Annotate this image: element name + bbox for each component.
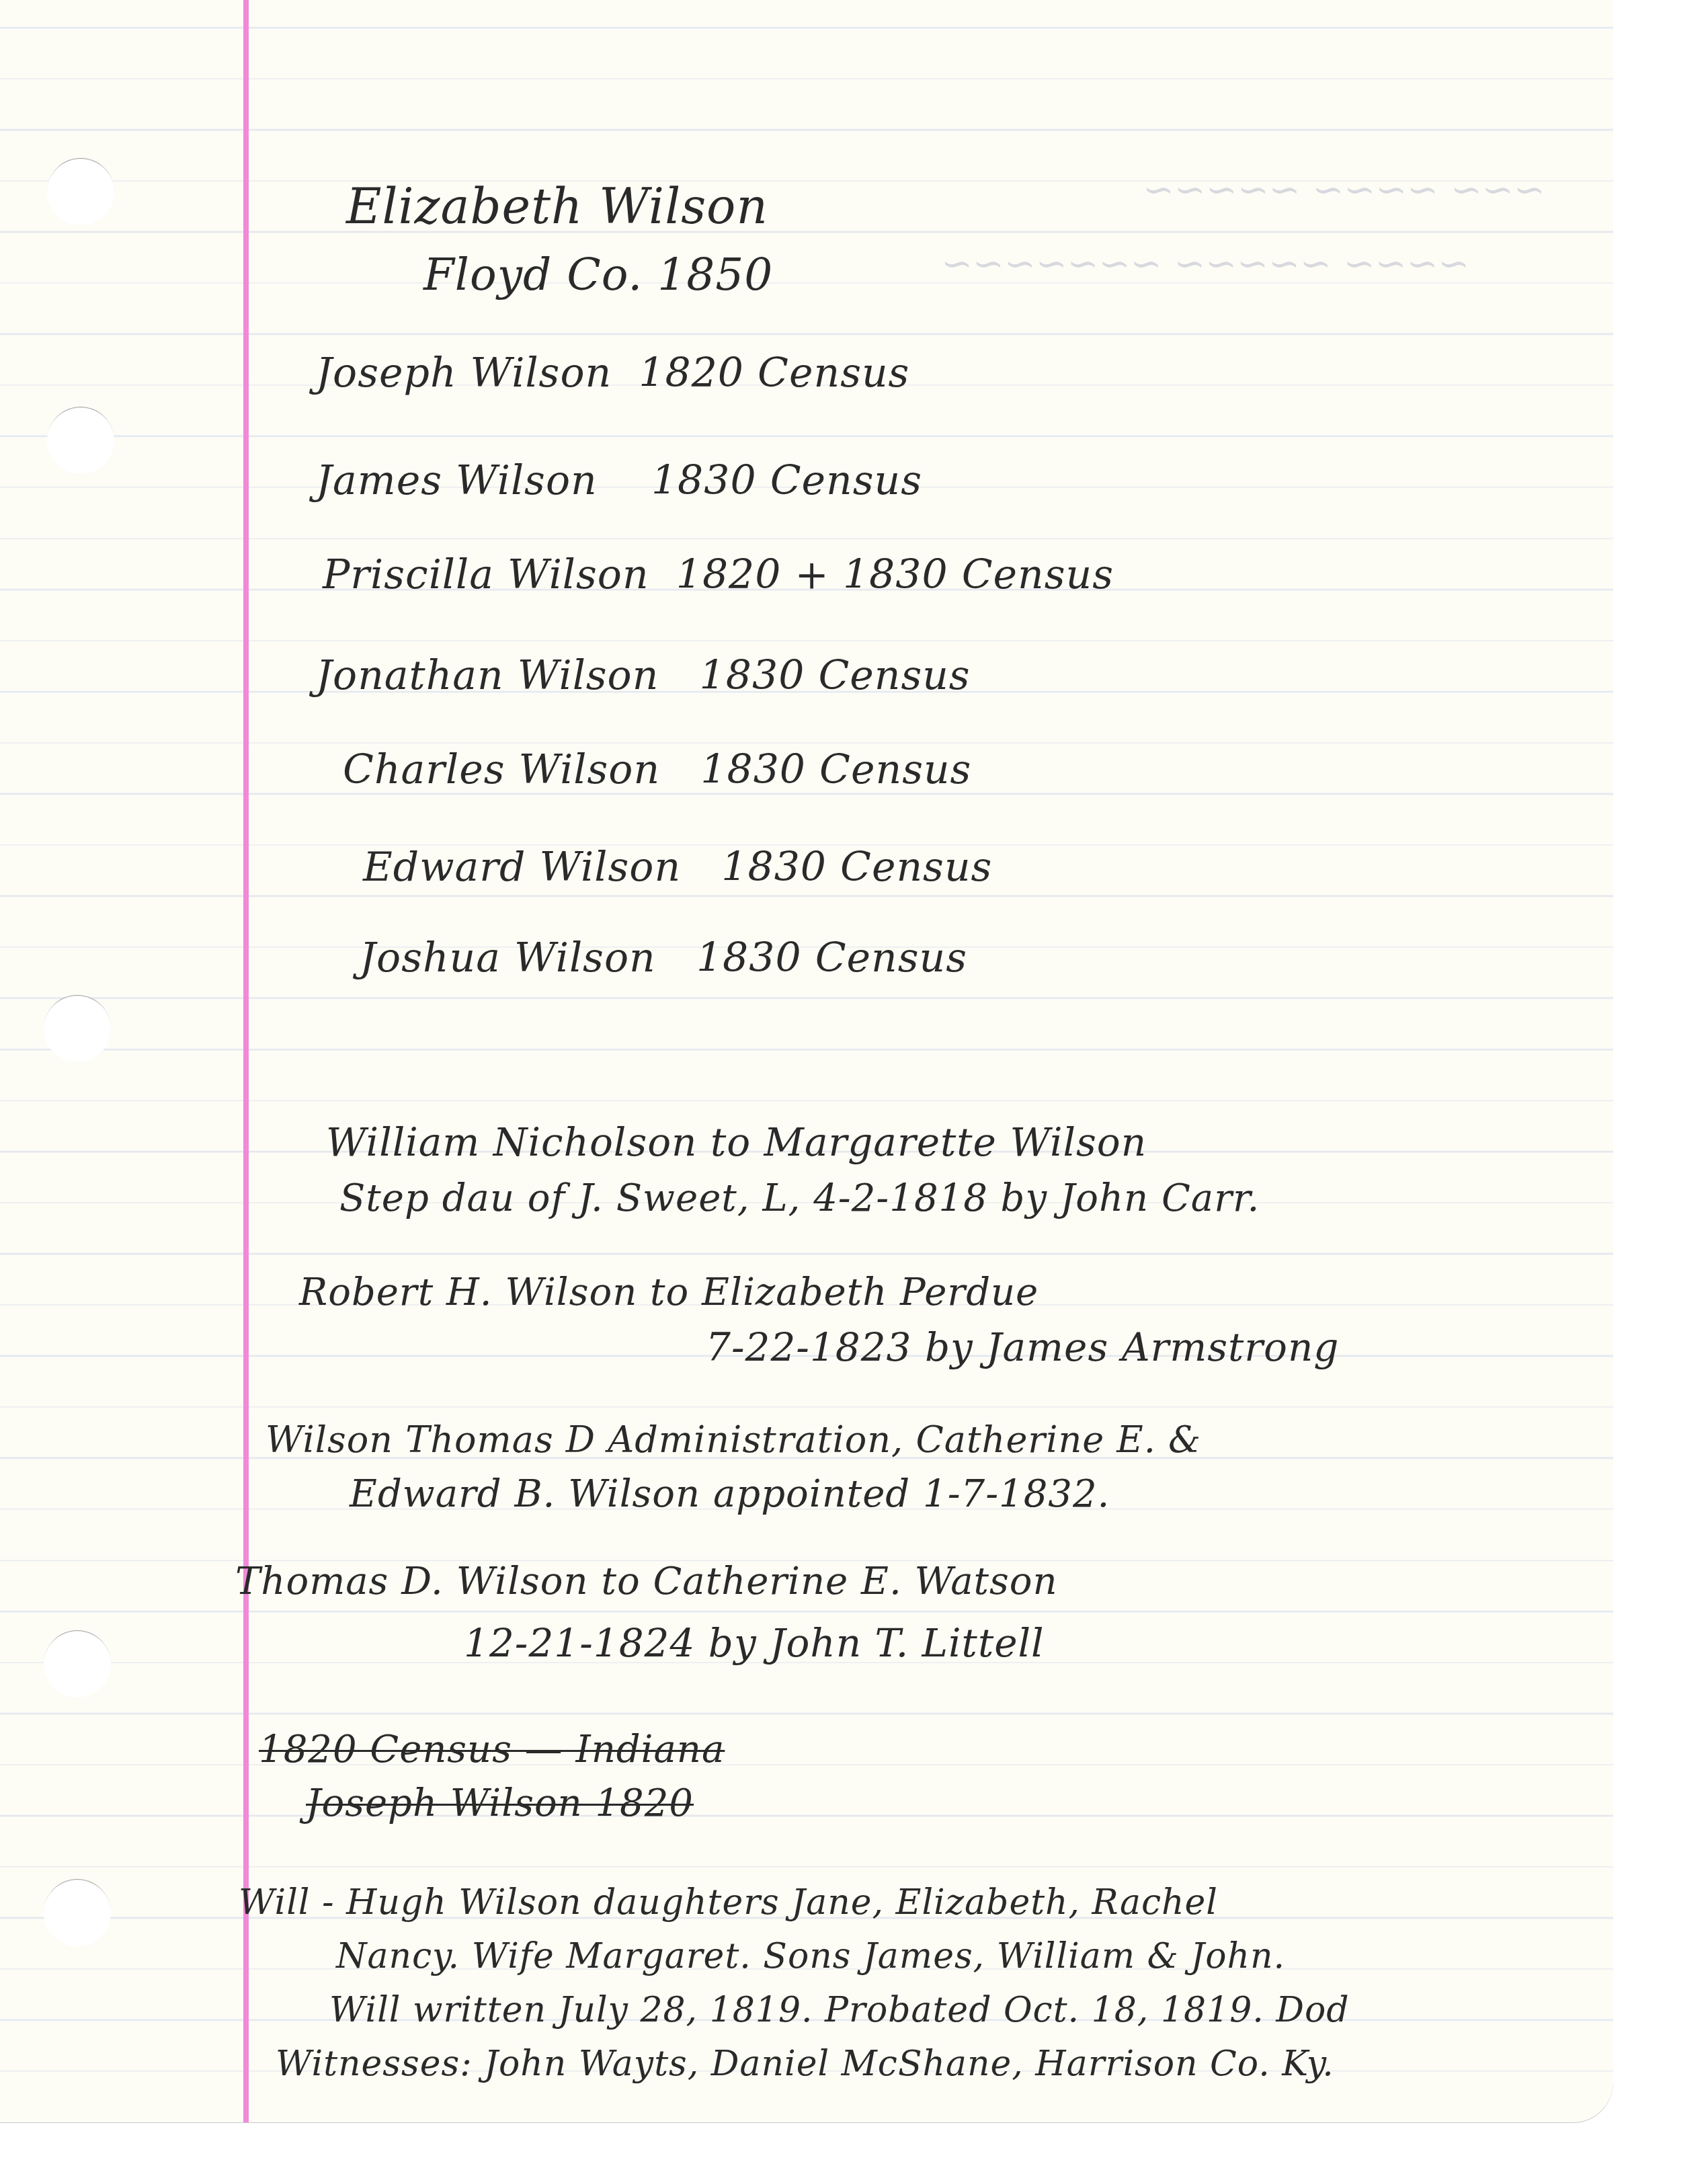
margin-line bbox=[243, 0, 249, 2122]
census-note: 1820 Census bbox=[639, 350, 909, 397]
struck-line: Joseph Wilson 1820 bbox=[306, 1781, 694, 1825]
census-row: Joseph Wilson 1820 Census bbox=[316, 350, 909, 397]
census-row: James Wilson 1830 Census bbox=[316, 457, 922, 504]
census-row: Jonathan Wilson 1830 Census bbox=[316, 652, 971, 699]
census-note: 1830 Census bbox=[721, 844, 992, 891]
heading-subtitle: Floyd Co. 1850 bbox=[423, 249, 773, 301]
will-line: Nancy. Wife Margaret. Sons James, Willia… bbox=[336, 1936, 1285, 1976]
binder-hole bbox=[44, 1879, 111, 1946]
record-line: Step dau of J. Sweet, L, 4-2-1818 by Joh… bbox=[339, 1176, 1260, 1220]
census-note: 1830 Census bbox=[696, 934, 967, 982]
record-line: Edward B. Wilson appointed 1-7-1832. bbox=[350, 1472, 1110, 1516]
will-line: Will - Hugh Wilson daughters Jane, Eliza… bbox=[239, 1882, 1218, 1923]
census-note: 1830 Census bbox=[651, 457, 922, 504]
census-name: Joseph Wilson bbox=[316, 350, 612, 397]
census-note: 1820 + 1830 Census bbox=[676, 551, 1114, 598]
census-row: Priscilla Wilson 1820 + 1830 Census bbox=[323, 551, 1114, 598]
bleed-through-text: ~~~ ~~~~ ~~~~~ bbox=[1143, 168, 1545, 212]
census-note: 1830 Census bbox=[700, 746, 971, 793]
binder-hole bbox=[44, 995, 111, 1062]
census-name: Charles Wilson bbox=[343, 746, 660, 793]
record-line: Wilson Thomas D Administration, Catherin… bbox=[266, 1418, 1201, 1461]
census-note: 1830 Census bbox=[700, 652, 971, 699]
census-name: James Wilson bbox=[316, 457, 598, 504]
bleed-through-text: ~~~~ ~~~~~ ~~~~~~~ bbox=[941, 242, 1469, 286]
record-line: Robert H. Wilson to Elizabeth Perdue bbox=[299, 1271, 1039, 1314]
will-line: Will written July 28, 1819. Probated Oct… bbox=[329, 1990, 1350, 2030]
census-row: Edward Wilson 1830 Census bbox=[363, 844, 992, 891]
binder-hole bbox=[47, 158, 114, 225]
census-row: Charles Wilson 1830 Census bbox=[343, 746, 971, 793]
heading-name: Elizabeth Wilson bbox=[346, 178, 768, 235]
census-name: Joshua Wilson bbox=[360, 934, 656, 982]
notebook-paper: ~~~ ~~~~ ~~~~~ ~~~~ ~~~~~ ~~~~~~~ Elizab… bbox=[0, 0, 1613, 2122]
record-line: Thomas D. Wilson to Catherine E. Watson bbox=[235, 1560, 1058, 1603]
census-name: Edward Wilson bbox=[363, 844, 681, 891]
census-name: Jonathan Wilson bbox=[316, 652, 659, 699]
record-line: 12-21-1824 by John T. Littell bbox=[464, 1620, 1045, 1666]
census-name: Priscilla Wilson bbox=[323, 551, 649, 598]
binder-hole bbox=[47, 407, 114, 474]
census-row: Joshua Wilson 1830 Census bbox=[360, 934, 967, 982]
struck-line: 1820 Census — Indiana bbox=[259, 1728, 725, 1771]
record-line: William Nicholson to Margarette Wilson bbox=[326, 1119, 1147, 1165]
binder-hole bbox=[44, 1630, 111, 1697]
record-line: 7-22-1823 by James Armstrong bbox=[706, 1324, 1339, 1370]
will-line: Witnesses: John Wayts, Daniel McShane, H… bbox=[276, 2044, 1334, 2084]
